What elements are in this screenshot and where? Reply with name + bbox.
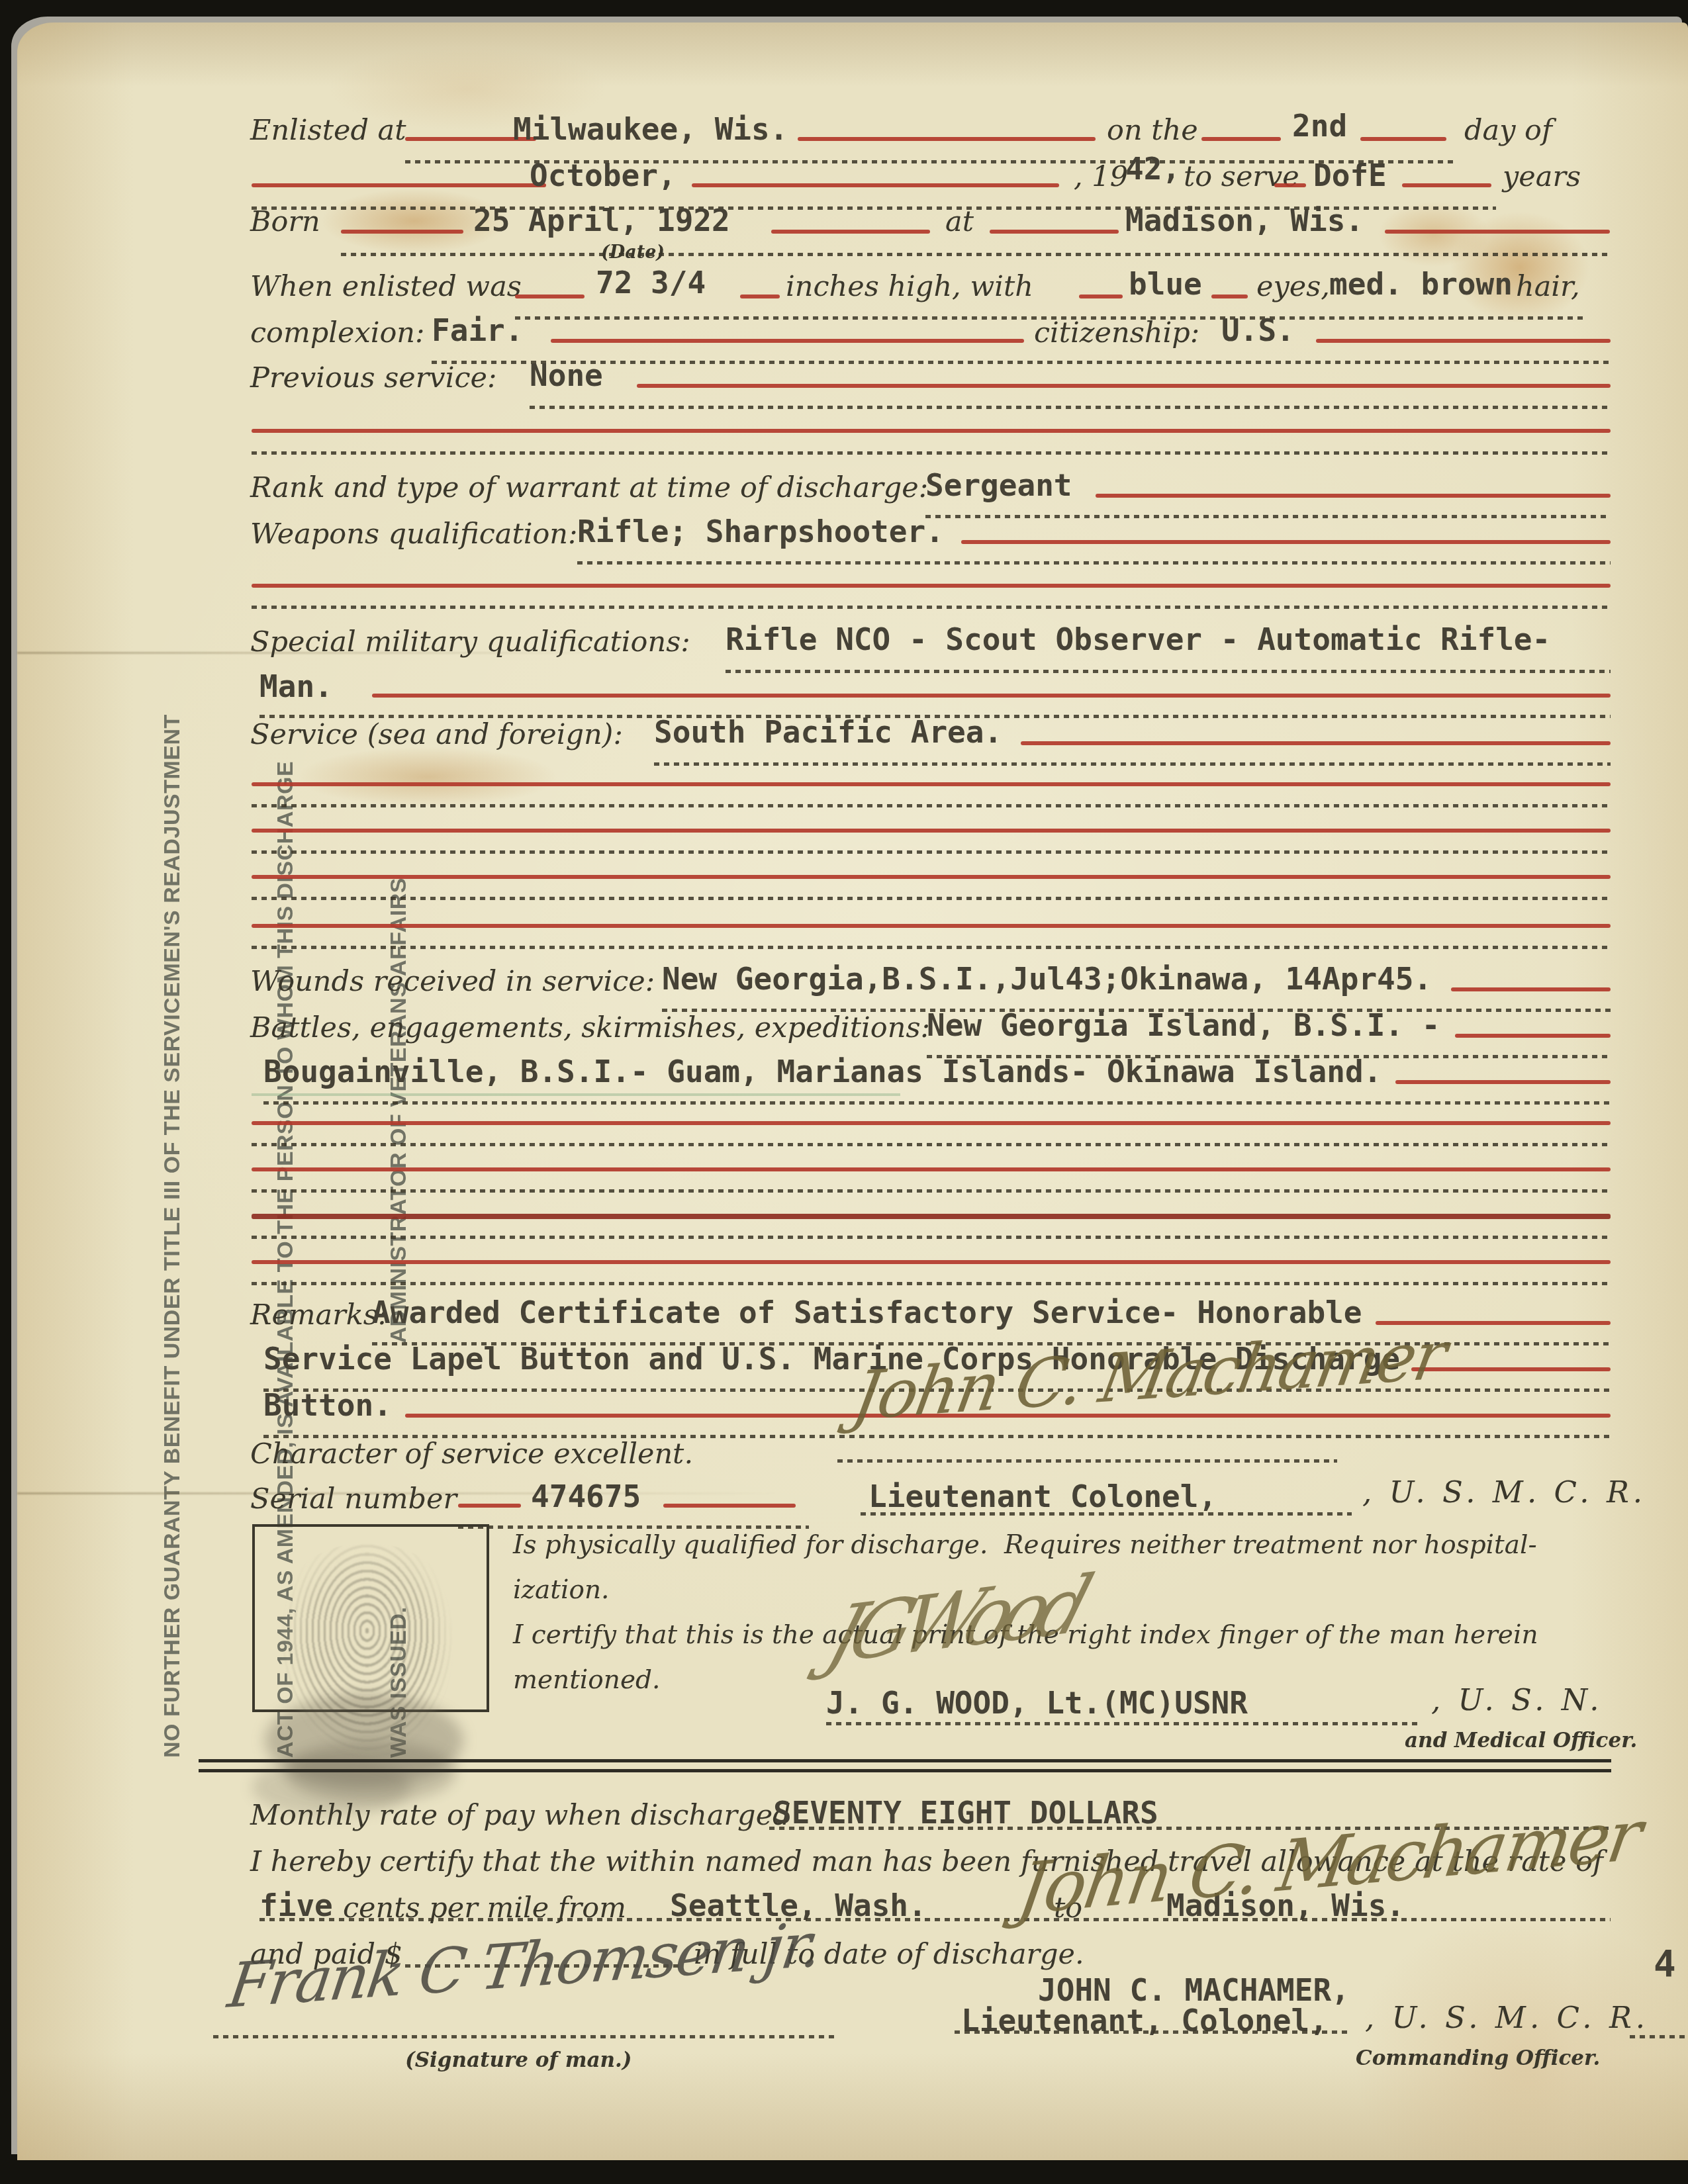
red-rule xyxy=(252,875,1611,879)
enlistment-month-value: October, xyxy=(530,158,677,193)
red-rule xyxy=(1079,295,1123,298)
rank-value: Sergeant xyxy=(925,467,1072,503)
red-rule xyxy=(637,384,1611,388)
red-rule xyxy=(372,694,1611,698)
red-rule xyxy=(515,295,585,298)
eyes-value: blue xyxy=(1129,266,1202,302)
red-rule xyxy=(252,429,1611,433)
red-rule xyxy=(1402,183,1491,187)
medical-line-4: mentioned. xyxy=(513,1665,660,1695)
red-rule xyxy=(771,230,930,234)
height-value: 72 3/4 xyxy=(596,265,706,300)
day-of-label: day of xyxy=(1464,114,1552,147)
at-label: at xyxy=(945,205,974,238)
red-rule xyxy=(1201,137,1281,141)
born-label: Born xyxy=(250,205,320,238)
margin-guaranty-stamp: NO FURTHER GUARANTY BENEFIT UNDER TITLE … xyxy=(78,851,217,1761)
medical-officer-name-value: J. G. WOOD, Lt.(MC)USNR xyxy=(826,1685,1248,1721)
red-rule xyxy=(1316,339,1611,343)
battles-label: Battles, engagements, skirmishes, expedi… xyxy=(250,1011,930,1044)
hair-value: med. brown xyxy=(1329,266,1513,302)
year-19-label: , 19 xyxy=(1074,160,1128,193)
red-rule xyxy=(1360,137,1446,141)
dotted-rule xyxy=(726,670,1611,673)
special-qualifications-value-2: Man. xyxy=(259,668,333,704)
red-rule xyxy=(1274,183,1306,187)
enlistment-place-value: Milwaukee, Wis. xyxy=(513,111,788,147)
battles-value-1: New Georgia Island, B.S.I. - xyxy=(927,1007,1440,1043)
wounds-label: Wounds received in service: xyxy=(250,965,655,998)
dotted-rule xyxy=(252,850,1611,854)
red-rule xyxy=(740,295,780,298)
medical-line-1: Is physically qualified for discharge. R… xyxy=(513,1530,1537,1560)
enlistment-year-value: 42, xyxy=(1125,151,1180,187)
dotted-rule xyxy=(530,406,1611,409)
dotted-rule xyxy=(432,361,1611,364)
weapons-value: Rifle; Sharpshooter. xyxy=(577,514,944,549)
medical-line-2: ization. xyxy=(513,1575,609,1605)
monthly-pay-value: SEVENTY EIGHT DOLLARS xyxy=(773,1795,1158,1831)
eyes-label: eyes, xyxy=(1256,270,1330,303)
signature-of-man-caption: (Signature of man.) xyxy=(405,2048,632,2072)
dotted-rule xyxy=(861,1512,1352,1516)
red-rule xyxy=(252,924,1611,928)
remarks-value-3: Button. xyxy=(263,1387,392,1423)
birthdate-value: 25 April, 1922 xyxy=(473,203,730,238)
dotted-rule xyxy=(837,1459,1337,1463)
red-rule xyxy=(1455,1034,1611,1038)
remarks-label: Remarks: xyxy=(250,1298,387,1332)
red-rule xyxy=(252,1167,1611,1171)
monthly-pay-label: Monthly rate of pay when discharged xyxy=(250,1799,791,1832)
rank-label: Rank and type of warrant at time of disc… xyxy=(250,471,928,504)
dotted-rule xyxy=(1630,2035,1688,2038)
special-qualifications-value-1: Rifle NCO - Scout Observer - Automatic R… xyxy=(726,621,1550,657)
to-serve-label: to serve xyxy=(1184,160,1299,193)
red-rule xyxy=(458,1504,521,1508)
on-the-label: on the xyxy=(1107,114,1198,147)
red-rule xyxy=(1021,741,1611,745)
dotted-rule xyxy=(213,2035,835,2038)
red-rule xyxy=(252,1260,1611,1264)
dotted-rule xyxy=(252,897,1611,900)
red-rule xyxy=(1451,987,1611,991)
previous-service-label: Previous service: xyxy=(250,361,496,394)
dotted-rule xyxy=(252,946,1611,949)
years-label: years xyxy=(1503,160,1581,193)
medical-officer-org-label: , U. S. N. xyxy=(1431,1682,1603,1717)
dotted-rule xyxy=(341,253,1611,256)
stamp-line-1: NO FURTHER GUARANTY BENEFIT UNDER TITLE … xyxy=(154,851,191,1758)
wounds-value: New Georgia,B.S.I.,Jul43;Okinawa, 14Apr4… xyxy=(662,961,1432,997)
dotted-rule xyxy=(252,1236,1611,1239)
previous-service-value: None xyxy=(530,357,603,393)
special-qualifications-label: Special military qualifications: xyxy=(250,625,690,659)
hair-label: hair, xyxy=(1516,270,1580,303)
red-rule xyxy=(961,540,1611,544)
sea-foreign-value: South Pacific Area. xyxy=(654,714,1002,750)
serial-number-value: 474675 xyxy=(531,1479,641,1514)
red-rule xyxy=(341,230,463,234)
inches-high-label: inches high, with xyxy=(786,270,1033,303)
citizenship-label: citizenship: xyxy=(1034,316,1199,349)
dotted-rule xyxy=(252,1282,1611,1285)
red-rule xyxy=(252,183,546,187)
serial-number-label: Serial number xyxy=(250,1482,457,1516)
page-number: 4 xyxy=(1654,1942,1676,1985)
red-rule xyxy=(1211,295,1248,298)
dotted-rule xyxy=(252,1189,1611,1193)
red-rule xyxy=(1395,1080,1611,1084)
birthplace-value: Madison, Wis. xyxy=(1125,203,1364,238)
dotted-rule xyxy=(252,451,1611,455)
red-rule xyxy=(798,137,1096,141)
red-rule xyxy=(252,1121,1611,1125)
complexion-label: complexion: xyxy=(250,316,425,349)
red-rule xyxy=(1096,494,1611,498)
remarks-value-1: Awarded Certificate of Satisfactory Serv… xyxy=(372,1295,1362,1330)
sea-foreign-label: Service (sea and foreign): xyxy=(250,718,623,751)
dotted-rule xyxy=(259,1918,1611,1921)
commanding-officer-org-label: , U. S. M. C. R. xyxy=(1365,2000,1649,2035)
red-rule xyxy=(663,1504,796,1508)
dotted-rule xyxy=(252,1143,1611,1146)
dotted-rule xyxy=(458,1525,809,1529)
when-enlisted-label: When enlisted was xyxy=(250,270,522,303)
date-note-label: (Date) xyxy=(601,242,665,263)
discharging-officer-org-label: , U. S. M. C. R. xyxy=(1362,1475,1646,1510)
dotted-rule xyxy=(252,606,1611,609)
scanned-discharge-page: { "colors": { "paper": "#e9e2c3", "red_r… xyxy=(0,0,1688,2184)
red-rule xyxy=(551,339,1024,343)
section-rule xyxy=(199,1769,1611,1772)
complexion-value: Fair. xyxy=(432,312,523,348)
enlistment-day-value: 2nd xyxy=(1292,108,1347,144)
term-value: DofE xyxy=(1313,158,1387,193)
dotted-rule xyxy=(925,515,1611,518)
red-rule xyxy=(990,230,1119,234)
red-rule xyxy=(692,183,1059,187)
green-ink-line xyxy=(252,1093,900,1096)
battles-value-2: Bougainville, B.S.I.- Guam, Marianas Isl… xyxy=(263,1054,1382,1089)
citizenship-value: U.S. xyxy=(1221,312,1295,348)
dotted-rule xyxy=(252,804,1611,807)
medical-officer-title-label: and Medical Officer. xyxy=(1405,1729,1637,1752)
dotted-rule xyxy=(263,1101,1611,1105)
dotted-rule xyxy=(654,762,1611,766)
red-rule xyxy=(1385,230,1610,234)
character-of-service-label: Character of service excellent. xyxy=(250,1437,693,1471)
dotted-rule xyxy=(955,2030,1352,2034)
dotted-rule xyxy=(577,561,1611,565)
red-rule xyxy=(252,584,1611,588)
dotted-rule xyxy=(826,1722,1422,1725)
red-rule xyxy=(252,829,1611,833)
weapons-label: Weapons qualification: xyxy=(250,518,577,551)
red-rule xyxy=(252,782,1611,786)
enlisted-at-label: Enlisted at xyxy=(250,114,406,147)
commanding-officer-title-label: Commanding Officer. xyxy=(1356,2046,1600,2070)
red-rule xyxy=(252,1214,1611,1219)
section-rule xyxy=(199,1759,1611,1762)
discharging-officer-rank-value: Lieutenant Colonel, xyxy=(868,1479,1217,1514)
